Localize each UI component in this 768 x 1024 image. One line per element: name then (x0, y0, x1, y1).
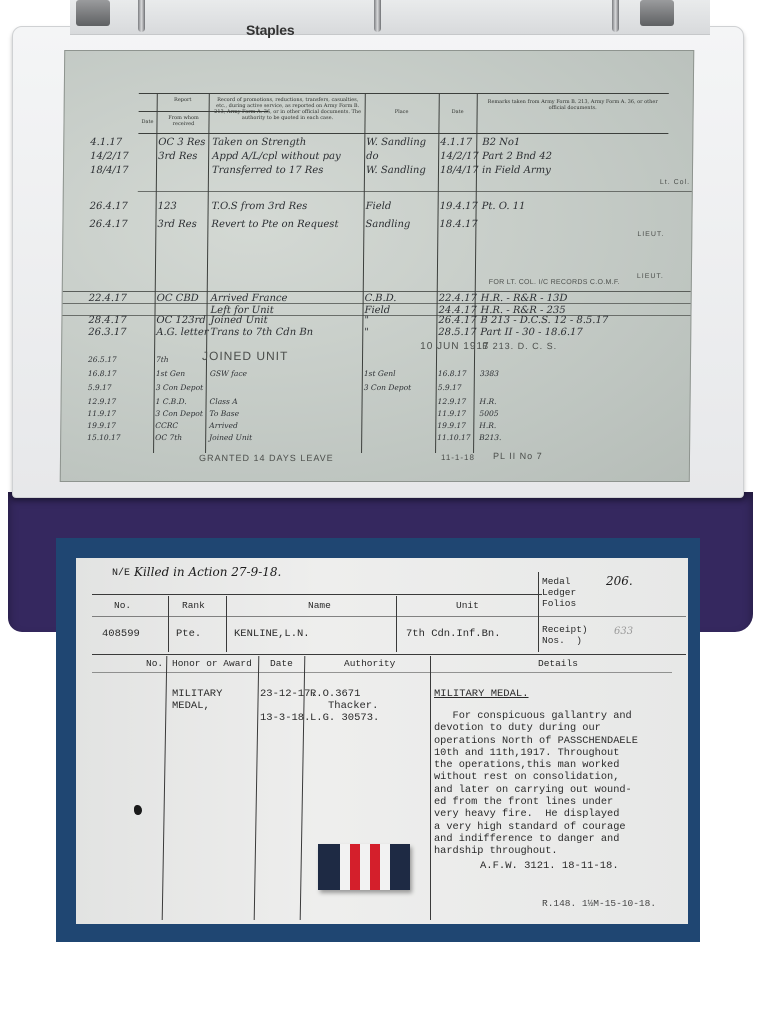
record-cell-record: Class A (210, 397, 238, 406)
ribbon-stripe (340, 844, 350, 890)
record-cell-record: Transferred to 17 Res (212, 165, 323, 176)
record-cell-remarks: Part 2 Bnd 42 (482, 151, 552, 162)
record-cell-date: 15.10.17 (87, 433, 121, 442)
record-cell-record: Joined Unit (209, 433, 252, 442)
record-cell-from: 1st Gen (156, 369, 185, 378)
soldier-name: KENLINE,L.N. (234, 628, 310, 640)
record-cell-place: C.B.D. (365, 293, 397, 304)
record-cell-remarks: B 213 - D.C.S. 12 - 8.5.17 (480, 315, 608, 326)
record-cell-from: 1 C.B.D. (156, 397, 187, 406)
record-cell-date2: 19.9.17 (437, 421, 466, 430)
record-cell-place: W. Sandling (366, 165, 426, 176)
record-cell-remarks: B213. (479, 433, 501, 442)
honor-line2: MEDAL, (172, 700, 210, 712)
record-cell-date2: 18.4.17 (439, 219, 477, 230)
record-cell-date2: 12.9.17 (438, 397, 467, 406)
record-cell-from: OC CBD (157, 293, 199, 304)
header-unit: Unit (456, 600, 479, 611)
record-cell-place: W. Sandling (366, 137, 426, 148)
ink-blot (134, 805, 142, 815)
record-cell-date: 12.9.17 (88, 397, 117, 406)
header-date: Date (138, 119, 156, 125)
header-no: No. (114, 600, 131, 611)
record-cell-from: 7th (156, 355, 169, 364)
stamp-joined-unit: JOINED UNIT (202, 349, 288, 363)
record-cell-from: A.G. letter (156, 327, 208, 338)
record-cell-record: Trans to 7th Cdn Bn (210, 327, 313, 338)
record-cell-place: " (364, 315, 369, 326)
header-date2: Date (439, 109, 477, 115)
record-cell-date: 22.4.17 (89, 293, 127, 304)
record-cell-record: T.O.S from 3rd Res (212, 201, 308, 212)
record-cell-date: 28.4.17 (88, 315, 126, 326)
record-cell-date: 26.3.17 (88, 327, 126, 338)
stamp-b213: B 213. D. C. S. (482, 341, 557, 351)
authority-1: R.O.3671 (310, 688, 360, 700)
form-code: R.148. 1½M-15-10-18. (542, 898, 656, 909)
record-cell-remarks: in Field Army (482, 165, 551, 176)
header-report: Report (157, 97, 209, 103)
record-cell-from: OC 7th (155, 433, 182, 442)
record-cell-record: Taken on Strength (212, 137, 306, 148)
binder-clip-left (76, 0, 110, 26)
record-cell-from: 3 Con Depot (156, 383, 204, 392)
record-cell-date: 26.4.17 (89, 219, 127, 230)
record-cell-date: 16.8.17 (88, 369, 117, 378)
record-cell-date2: 22.4.17 (439, 293, 477, 304)
header-record: Record of promotions, reductions, transf… (213, 97, 363, 121)
military-medal-ribbon-bar (318, 844, 410, 890)
record-cell-date2: 4.1.17 (440, 137, 472, 148)
award-date-1: 23-12-17. (260, 688, 317, 700)
record-cell-from: OC 123rd (156, 315, 205, 326)
ribbon-stripe (360, 844, 370, 890)
record-cell-date2: 16.8.17 (438, 369, 467, 378)
record-cell-date2: 19.4.17 (440, 201, 478, 212)
record-cell-remarks: Part II - 30 - 18.6.17 (480, 327, 583, 338)
record-cell-date2: 14/2/17 (440, 151, 479, 162)
header-award-no: No. (146, 658, 163, 669)
record-cell-date: 4.1.17 (90, 137, 122, 148)
receipt-value: 633 (614, 626, 633, 637)
record-cell-record: Appd A/L/cpl without pay (212, 151, 341, 162)
record-cell-date2: 11.9.17 (437, 409, 466, 418)
record-cell-record: GSW face (210, 369, 247, 378)
ribbon-stripe (370, 844, 380, 890)
binder-brand-logo: Staples (246, 22, 294, 38)
stamp-lieut-1: LIEUT. (637, 231, 664, 238)
record-cell-remarks: 5005 (479, 409, 498, 418)
record-cell-date2: 18/4/17 (440, 165, 479, 176)
record-cell-place: " (364, 327, 369, 338)
stamp-lt-col: Lt. Col. (660, 179, 690, 186)
ribbon-stripe (380, 844, 390, 890)
ribbon-stripe (390, 844, 410, 890)
header-medal-ledger: Medal Ledger Folios (542, 576, 576, 609)
record-cell-record: Arrived France (211, 293, 288, 304)
record-cell-date: 18/4/17 (90, 165, 129, 176)
record-cell-remarks: H.R. (480, 397, 497, 406)
record-cell-from: OC 3 Res (158, 137, 205, 148)
record-cell-record: To Base (209, 409, 239, 418)
record-cell-date: 11.9.17 (87, 409, 116, 418)
service-record-scan: Report Date From whom received Record of… (60, 50, 695, 482)
record-cell-place: 1st Genl (364, 369, 396, 378)
soldier-unit: 7th Cdn.Inf.Bn. (406, 628, 501, 640)
header-from-whom: From whom received (160, 115, 206, 127)
details-footer: A.F.W. 3121. 18-11-18. (480, 860, 619, 872)
header-receipt: Receipt) Nos. ) (542, 624, 588, 646)
details-title: MILITARY MEDAL. (434, 688, 529, 700)
record-cell-place: 3 Con Depot (364, 383, 412, 392)
binder-ring-right (612, 0, 619, 32)
record-cell-date2: 11.10.17 (437, 433, 471, 442)
record-cell-date2: 5.9.17 (438, 383, 462, 392)
record-cell-date: 14/2/17 (90, 151, 129, 162)
details-citation: For conspicuous gallantry and devotion t… (434, 710, 674, 858)
stamp-leave-date: 11-1-18 (441, 453, 475, 462)
record-cell-remarks: H.R. - R&R - 13D (481, 293, 568, 304)
ribbon-stripe (318, 844, 340, 890)
record-cell-from: 3 Con Depot (155, 409, 203, 418)
record-cell-date2: 26.4.17 (438, 315, 476, 326)
header-details: Details (538, 658, 578, 669)
record-cell-date: 5.9.17 (88, 383, 112, 392)
record-cell-from: 123 (158, 201, 177, 212)
soldier-number: 408599 (102, 628, 140, 640)
record-cell-record: Joined Unit (210, 315, 267, 326)
record-cell-record: Arrived (209, 421, 238, 430)
record-cell-date: 26.5.17 (88, 355, 117, 364)
authority-3: L.G. 30573. (310, 712, 379, 724)
record-cell-remarks: B2 No1 (482, 137, 520, 148)
award-date-2: 13-3-18. (260, 712, 310, 724)
record-cell-remarks: 3383 (480, 369, 499, 378)
record-cell-remarks: H.R. (479, 421, 496, 430)
record-cell-place: do (366, 151, 379, 162)
binder-ring-left (138, 0, 145, 32)
record-cell-from: 3rd Res (158, 151, 197, 162)
header-authority: Authority (344, 658, 395, 669)
medal-record-card: N/E Killed in Action 27-9-18. Medal Ledg… (76, 558, 688, 924)
record-cell-place: Field (366, 201, 392, 212)
stamp-leave: GRANTED 14 DAYS LEAVE (199, 453, 334, 463)
record-cell-place: Sandling (365, 219, 410, 230)
ne-label: N/E (112, 568, 130, 579)
record-cell-date2: 28.5.17 (438, 327, 476, 338)
record-cell-record: Revert to Pte on Request (211, 219, 338, 230)
header-rank: Rank (182, 600, 205, 611)
stamp-pl: PL II No 7 (493, 451, 543, 461)
authority-2: Thacker. (328, 700, 378, 712)
stamp-records: FOR LT. COL. I/C RECORDS C.O.M.F. (489, 279, 620, 286)
record-cell-date: 26.4.17 (90, 201, 128, 212)
header-place: Place (365, 109, 439, 115)
header-award-date: Date (270, 658, 293, 669)
header-honor: Honor or Award (172, 658, 252, 669)
stamp-lieut-2: LIEUT. (637, 273, 664, 280)
soldier-rank: Pte. (176, 628, 201, 640)
ledger-value: 206. (606, 574, 633, 588)
stamp-jun-date: 10 JUN 1917 (420, 341, 489, 352)
record-cell-from: 3rd Res (157, 219, 196, 230)
header-remarks: Remarks taken from Army Form B. 213, Arm… (483, 99, 663, 111)
binder-clip-right (640, 0, 674, 26)
honor-line1: MILITARY (172, 688, 222, 700)
record-cell-remarks: Pt. O. 11 (482, 201, 526, 212)
ne-note: Killed in Action 27-9-18. (134, 565, 281, 579)
record-cell-from: CCRC (155, 421, 178, 430)
binder-ring-middle (374, 0, 381, 32)
record-cell-date: 19.9.17 (87, 421, 116, 430)
ribbon-stripe (350, 844, 360, 890)
header-name: Name (308, 600, 331, 611)
